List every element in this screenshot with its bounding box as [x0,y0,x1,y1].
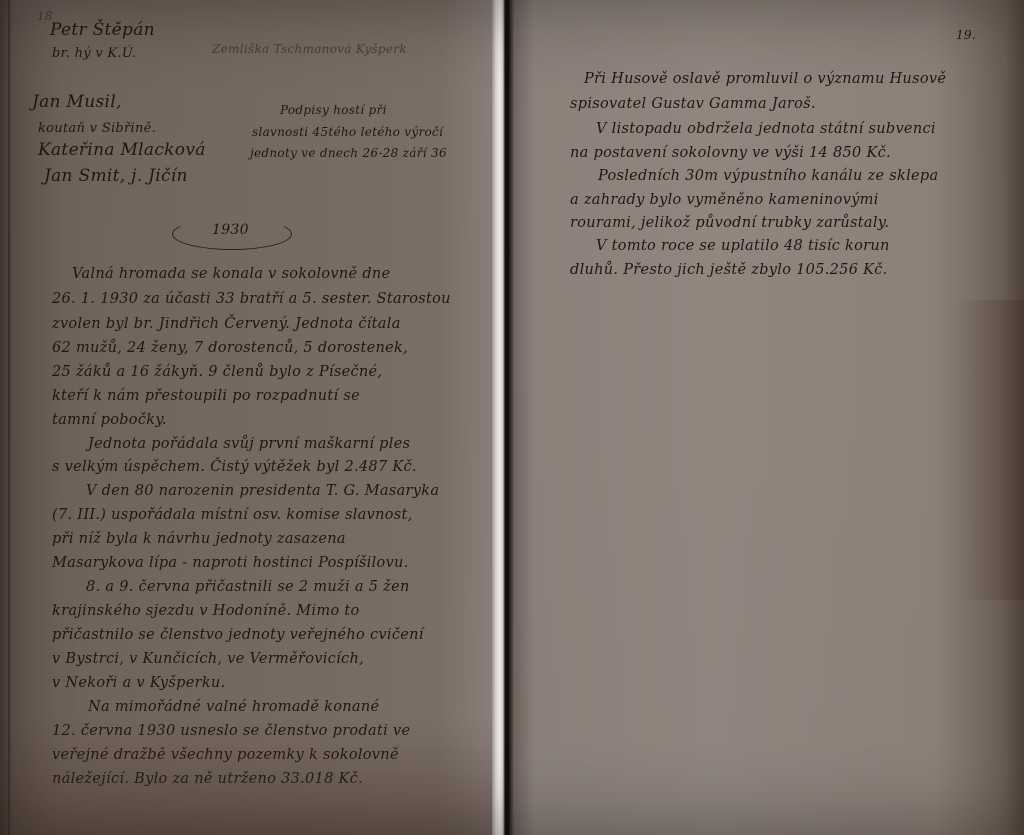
body-line: veřejné dražbě všechny pozemky k sokolov… [52,747,399,763]
signature-1-note: br. hý v K.Ú. [52,46,136,61]
body-line: rourami, jelikož původní trubky zarůstal… [570,215,889,231]
body-line: 26. 1. 1930 za účasti 33 bratří a 5. ses… [52,291,451,307]
guest-signature-line: Zemliška Tschmanová Kyšperk [212,42,407,56]
body-line: náležející. Bylo za ně utrženo 33.018 Kč… [52,771,363,787]
signature-3: Kateřina Mlacková [38,140,206,160]
body-line: 8. a 9. června přičastnili se 2 muži a 5… [86,579,410,595]
guest-note-line-2: slavnosti 45tého letého výročí [252,125,443,139]
body-line: Posledních 30m výpustního kanálu ze skle… [598,168,938,184]
guest-note-line-3: jednoty ve dnech 26-28 září 36 [250,146,447,160]
body-line: 25 žáků a 16 žákyň. 9 členů bylo z Píseč… [52,364,382,380]
signature-1: Petr Štěpán [50,20,155,40]
body-line: 62 mužů, 24 ženy, 7 dorostenců, 5 dorost… [52,340,408,356]
body-line: kteří k nám přestoupili po rozpadnutí se [52,388,360,404]
left-page: 18 Petr Štěpán br. hý v K.Ú. Jan Musil, … [0,0,492,835]
body-line: krajinského sjezdu v Hodoníně. Mimo to [52,603,360,619]
body-line: Jednota pořádala svůj první maškarní ple… [88,436,410,452]
body-line: v Bystrci, v Kunčicích, ve Verměřovicích… [52,651,364,667]
guest-note-line-1: Podpisy hostí při [280,103,387,117]
signature-4: Jan Smit, j. Jičín [44,166,188,186]
body-line: přičastnilo se členstvo jednoty veřejnéh… [52,627,424,643]
body-line: s velkým úspěchem. Čistý výtěžek byl 2.4… [52,459,417,475]
body-line: Masarykova lípa - naproti hostinci Pospí… [52,555,409,571]
body-line: (7. III.) uspořádala místní osv. komise … [52,507,413,523]
body-line: spisovatel Gustav Gamma Jaroš. [570,96,816,112]
open-chronicle-book: 18 Petr Štěpán br. hý v K.Ú. Jan Musil, … [0,0,1024,835]
body-line: Na mimořádné valné hromadě konané [88,699,379,715]
book-spine-gutter [492,0,514,835]
signature-2-note: koutaň v Sibřině. [38,121,156,136]
body-line: dluhů. Přesto jich ještě zbylo 105.256 K… [570,262,888,278]
body-line: Při Husově oslavě promluvil o významu Hu… [584,71,946,87]
right-page: 19. Při Husově oslavě promluvil o význam… [514,0,1024,835]
body-line: a zahrady bylo vyměněno kameninovými [570,192,879,208]
right-page-number: 19. [956,28,976,42]
year-heading: 1930 [212,222,249,238]
body-line: na postavení sokolovny ve výši 14 850 Kč… [570,145,891,161]
body-line: Valná hromada se konala v sokolovně dne [72,266,390,282]
body-line: V den 80 narozenin presidenta T. G. Masa… [86,483,439,499]
body-line: zvolen byl br. Jindřich Červený. Jednota… [52,316,401,332]
body-line: při níž byla k návrhu jednoty zasazena [52,531,346,547]
signature-2: Jan Musil, [32,92,122,112]
body-line: 12. června 1930 usneslo se členstvo prod… [52,723,410,739]
body-line: V listopadu obdržela jednota státní subv… [596,121,936,137]
body-line: tamní pobočky. [52,412,167,428]
body-line: V tomto roce se uplatilo 48 tisíc korun [596,238,890,254]
body-line: v Nekoři a v Kyšperku. [52,675,225,691]
